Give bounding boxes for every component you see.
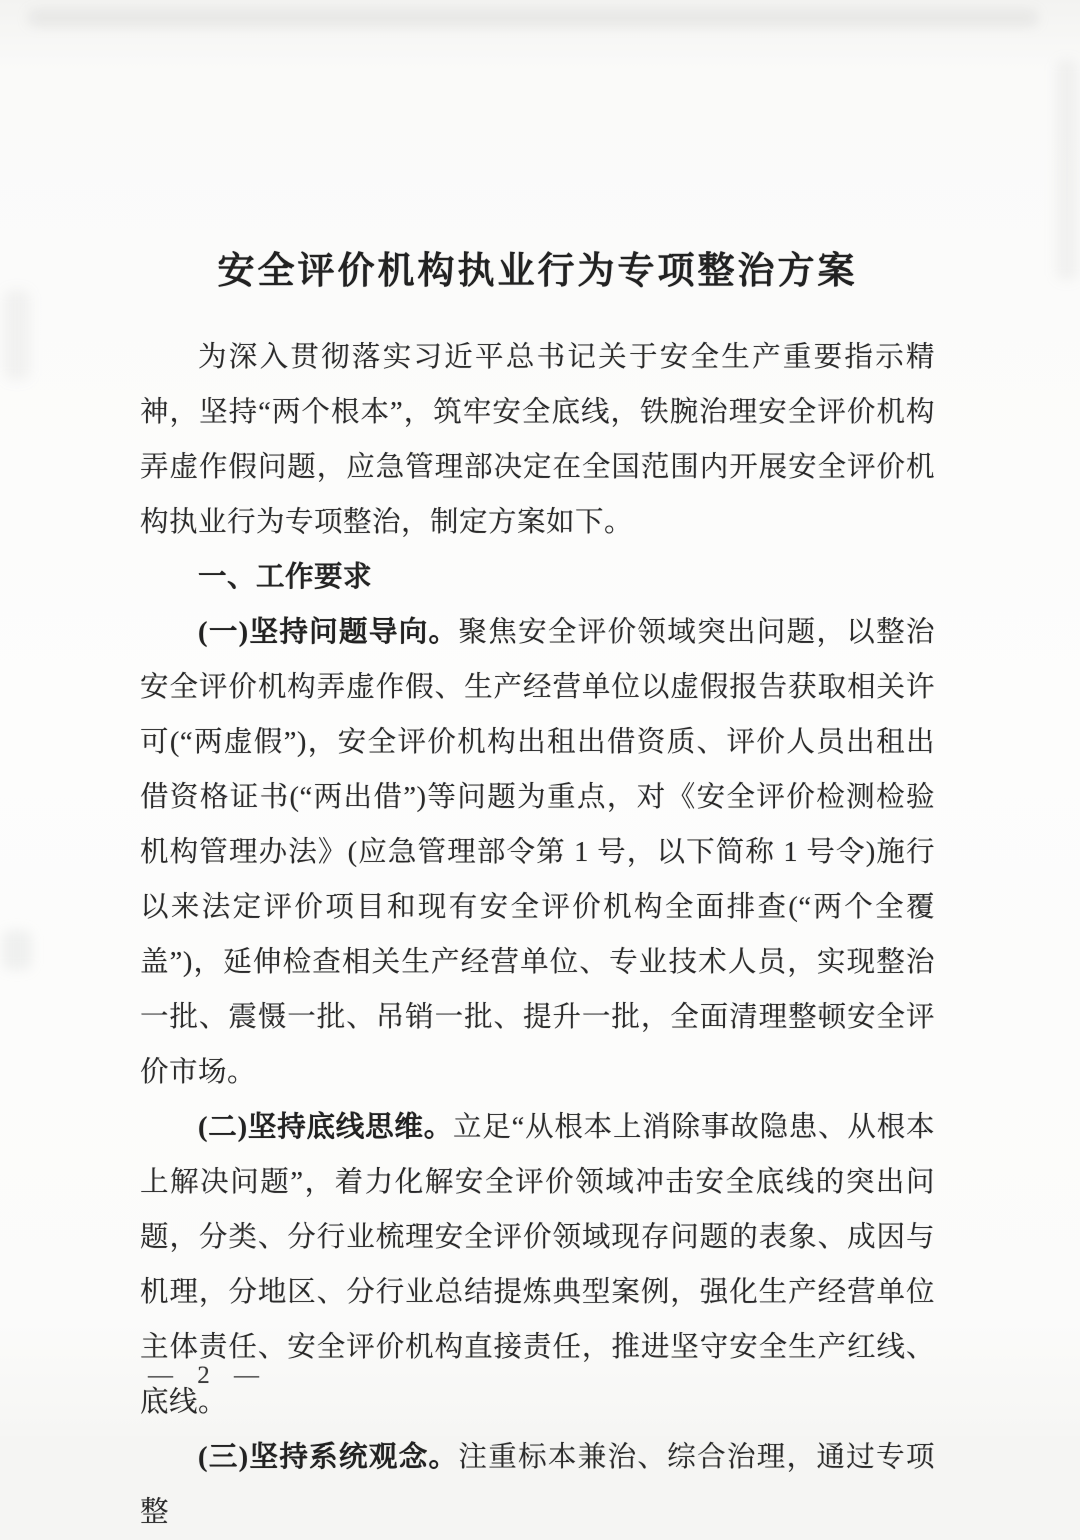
item-1-body: 聚焦安全评价领域突出问题，以整治安全评价机构弄虚作假、生产经营单位以虚假报告获取… xyxy=(140,617,935,1088)
scan-artifact-left xyxy=(4,290,30,380)
scan-artifact-mid-left xyxy=(2,930,32,970)
document-title: 安全评价机构执业行为专项整治方案 xyxy=(140,248,935,294)
item-2-lead: (二)坚持底线思维。 xyxy=(198,1112,453,1143)
item-paragraph-1: (一)坚持问题导向。聚焦安全评价领域突出问题，以整治安全评价机构弄虚作假、生产经… xyxy=(140,605,935,1100)
section-heading: 一、工作要求 xyxy=(140,550,935,605)
item-paragraph-3: (三)坚持系统观念。注重标本兼治、综合治理，通过专项整 xyxy=(140,1430,935,1436)
intro-paragraph: 为深入贯彻落实习近平总书记关于安全生产重要指示精神，坚持“两个根本”，筑牢安全底… xyxy=(140,330,935,550)
scan-artifact-right xyxy=(1056,60,1078,280)
item-1-lead: (一)坚持问题导向。 xyxy=(198,617,458,648)
document-page: 安全评价机构执业行为专项整治方案 为深入贯彻落实习近平总书记关于安全生产重要指示… xyxy=(0,0,1080,1436)
scan-artifact-top xyxy=(28,10,1038,26)
page-number: — 2 — xyxy=(148,1362,260,1390)
document-body: 为深入贯彻落实习近平总书记关于安全生产重要指示精神，坚持“两个根本”，筑牢安全底… xyxy=(140,330,935,1436)
